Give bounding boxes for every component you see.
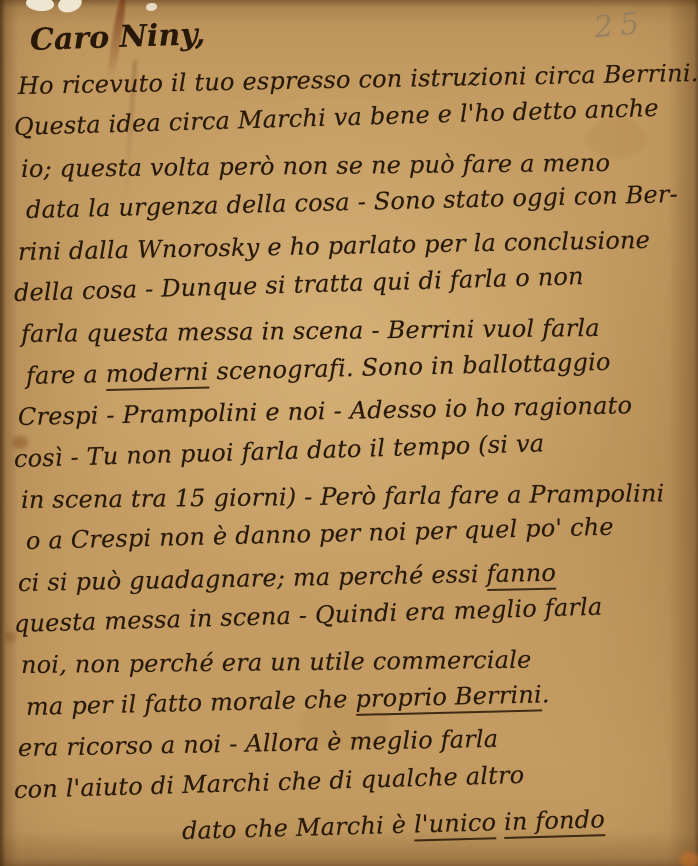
letter-line: dato che Marchi è l'unico in fondo bbox=[181, 797, 694, 853]
text-segment: con l'aiuto di Marchi che di qualche alt… bbox=[14, 761, 525, 804]
underlined-text: in fondo bbox=[504, 805, 606, 839]
text-segment: data la urgenza della cosa - Sono stato … bbox=[26, 180, 679, 224]
paper-damage-spot bbox=[146, 3, 157, 11]
letter-page: 25 Caro Niny, Ho ricevuto il tuo espress… bbox=[0, 0, 698, 866]
text-segment: era ricorso a noi - Allora è meglio farl… bbox=[18, 725, 499, 762]
underlined-text: fanno bbox=[486, 558, 556, 590]
text-segment: fare a bbox=[26, 360, 107, 390]
letter-body: Ho ricevuto il tuo espresso con istruzio… bbox=[14, 66, 694, 852]
text-segment: . bbox=[541, 680, 550, 708]
text-segment: ma per il fatto morale che bbox=[26, 685, 356, 721]
text-segment: noi, non perché era un utile commerciale bbox=[21, 646, 532, 679]
paper-stain bbox=[680, 852, 698, 866]
underlined-text: moderni bbox=[105, 357, 209, 391]
text-segment: dato che Marchi è bbox=[182, 811, 415, 845]
text-segment: o a Crespi non è danno per noi per quel … bbox=[26, 513, 614, 555]
underlined-text: proprio Berrini bbox=[355, 680, 542, 716]
paper-damage-spot bbox=[57, 0, 84, 14]
underlined-text: l'unico bbox=[414, 808, 497, 841]
text-segment: scenografi. Sono in ballottaggio bbox=[208, 347, 611, 385]
salutation: Caro Niny, bbox=[29, 17, 205, 58]
page-number-pencil: 25 bbox=[592, 5, 648, 45]
paper-damage-spot bbox=[25, 0, 55, 13]
